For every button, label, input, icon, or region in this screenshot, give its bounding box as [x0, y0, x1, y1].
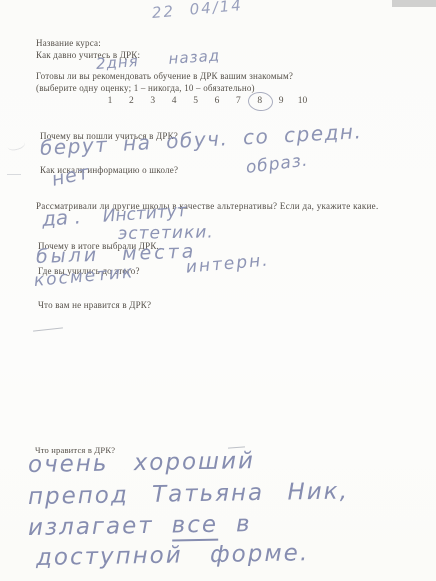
- handwritten-word: интерн.: [185, 250, 270, 277]
- scale-number-9: 9: [274, 96, 288, 106]
- margin-scribble-mark: [6, 136, 26, 152]
- handwritten-date: 22 04/14: [151, 0, 243, 22]
- scan-edge-artifact: [392, 0, 436, 7]
- scale-number-4: 4: [167, 96, 181, 106]
- question-recommend: Готовы ли вы рекомендовать обучение в ДР…: [36, 71, 293, 81]
- question-dislike: Что вам не нравится в ДРК?: [38, 300, 151, 310]
- handwritten-word-underlined: все: [171, 512, 218, 542]
- selected-rating-circle: [247, 91, 274, 112]
- handwritten-word: 2дня: [95, 52, 139, 73]
- scale-number-10: 10: [296, 96, 310, 106]
- question-course-name: Название курса:: [36, 38, 101, 48]
- scale-number-7: 7: [231, 96, 245, 106]
- handwritten-answer-like-line4: доступной форме.: [36, 540, 310, 571]
- handwritten-answer-why-study-line2: образ.: [245, 150, 310, 177]
- handwritten-answer-like-line3: излагаетвсев: [28, 511, 252, 544]
- margin-dash-mark: [7, 174, 21, 175]
- handwritten-dash-no-answer: [33, 327, 63, 331]
- handwritten-answer-why-study-line1: берут на обуч. со средн.: [39, 119, 362, 160]
- handwritten-word: в: [236, 511, 252, 537]
- scale-number-6: 6: [210, 96, 224, 106]
- scale-number-1: 1: [103, 96, 117, 106]
- handwritten-word: да .: [41, 204, 81, 231]
- scanned-questionnaire-page: 22 04/14 Название курса: Как давно учите…: [0, 0, 436, 581]
- handwritten-answer-like-line2: препод Татьяна Ник,: [28, 478, 349, 510]
- scale-number-3: 3: [146, 96, 160, 106]
- rating-scale: 1 2 3 4 5 6 7 8 9 10: [103, 96, 310, 106]
- handwritten-answer-like-line1: очень хороший: [28, 448, 255, 478]
- scale-number-5: 5: [189, 96, 203, 106]
- handwritten-word: назад: [168, 46, 221, 68]
- question-recommend-hint: (выберите одну оценку; 1 – никогда, 10 –…: [36, 83, 255, 93]
- handwritten-word: излагает: [28, 513, 154, 541]
- scale-number-2: 2: [124, 96, 138, 106]
